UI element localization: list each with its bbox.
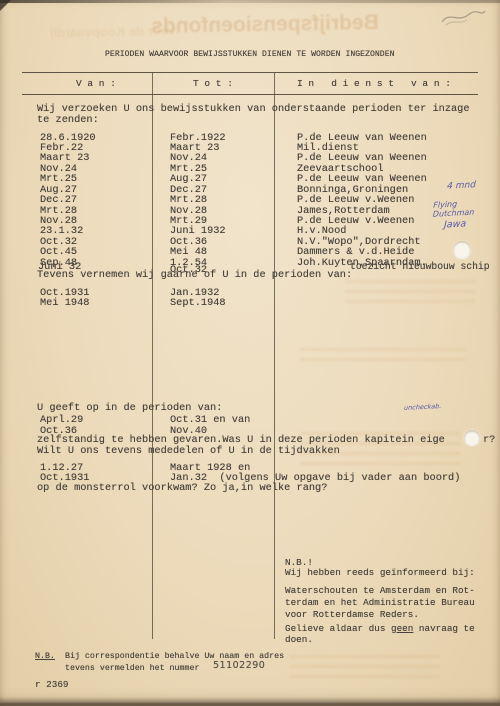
bleedthrough-paragraph: [345, 280, 475, 308]
nb-line-gelieve: Gelieve aldaar dus geen navraag te: [285, 623, 475, 635]
nb-text: navraag te: [413, 623, 474, 634]
pencil-scribble: [440, 6, 488, 30]
intro-line: Wij verzoeken U ons bewijsstukken van on…: [37, 104, 470, 114]
page-title: PERIODEN WAARVOOR BEWIJSSTUKKEN DIENEN T…: [105, 50, 395, 60]
footer-nb-label: N.B.: [35, 651, 55, 663]
handwritten-note-nood: Jawa: [444, 218, 467, 230]
intro-line: te zenden:: [37, 115, 99, 125]
bleedthrough-text-2: voor de Koopvaardij: [50, 23, 176, 40]
nb-line: doen.: [285, 634, 313, 646]
handwritten-note-bonninga: 4 mnd: [447, 180, 476, 192]
column-divider-2: [274, 73, 275, 639]
cell-van: Mei 1948: [40, 297, 89, 309]
nb-geen-underlined: geen: [391, 623, 413, 634]
column-divider-1: [152, 73, 153, 639]
tevens-line: Tevens vernemen wij gaarne of U in de pe…: [37, 270, 352, 280]
bleedthrough-paragraph: [290, 655, 440, 681]
header-rule-top: [22, 72, 478, 73]
zelfstandig-line-end: r?: [483, 435, 495, 445]
header-rule-bottom: [22, 94, 478, 96]
ugeeft-line: U geeft op in de perioden van:: [37, 403, 222, 413]
inserted-row-dienst: toezicht nieuwbouw schip: [350, 262, 490, 272]
scan-edge-shadow-top: [0, 0, 500, 3]
scan-edge-shadow-bottom: [0, 703, 500, 705]
zelfstandig-line: zelfstandig te hebben gevaren.Was U in d…: [37, 435, 445, 445]
document-page: Bedrijfspensioenfonds voor de Koopvaardi…: [0, 0, 500, 706]
hole-punch: [464, 430, 480, 446]
nb-line: Waterschouten te Amsterdam en Rot-: [285, 585, 475, 597]
handwritten-note-james: Flying Dutchman: [433, 197, 500, 219]
column-header-van: V a n :: [76, 79, 116, 89]
reference-number: 51102290: [213, 661, 265, 671]
nb-line: Wij hebben reeds geïnformeerd bij:: [285, 567, 475, 579]
hole-punch: [453, 241, 471, 259]
scan-corner-shadow: [0, 0, 11, 11]
bleedthrough-paragraph: [300, 348, 465, 366]
form-code: r 2369: [35, 680, 68, 690]
handwritten-note-periods: uncheckab.: [404, 402, 442, 412]
cell-tot: Sept.1948: [170, 297, 226, 309]
column-header-dienst: I n d i e n s t v a n :: [297, 79, 451, 89]
tijdvakken-line: Wilt U ons tevens mededelen of U in de t…: [37, 446, 340, 456]
monsterrol-line: op de monsterrol voorkwam? Zo ja,in welk…: [37, 483, 327, 493]
column-header-tot: T o t :: [193, 79, 233, 89]
nb-line: voor Rotterdamse Reders.: [285, 609, 419, 621]
nb-text: Gelieve aldaar dus: [285, 623, 391, 634]
footer-line: tevens vermelden het nummer: [65, 663, 199, 675]
nb-line: terdam en het Administratie Bureau: [285, 597, 475, 609]
